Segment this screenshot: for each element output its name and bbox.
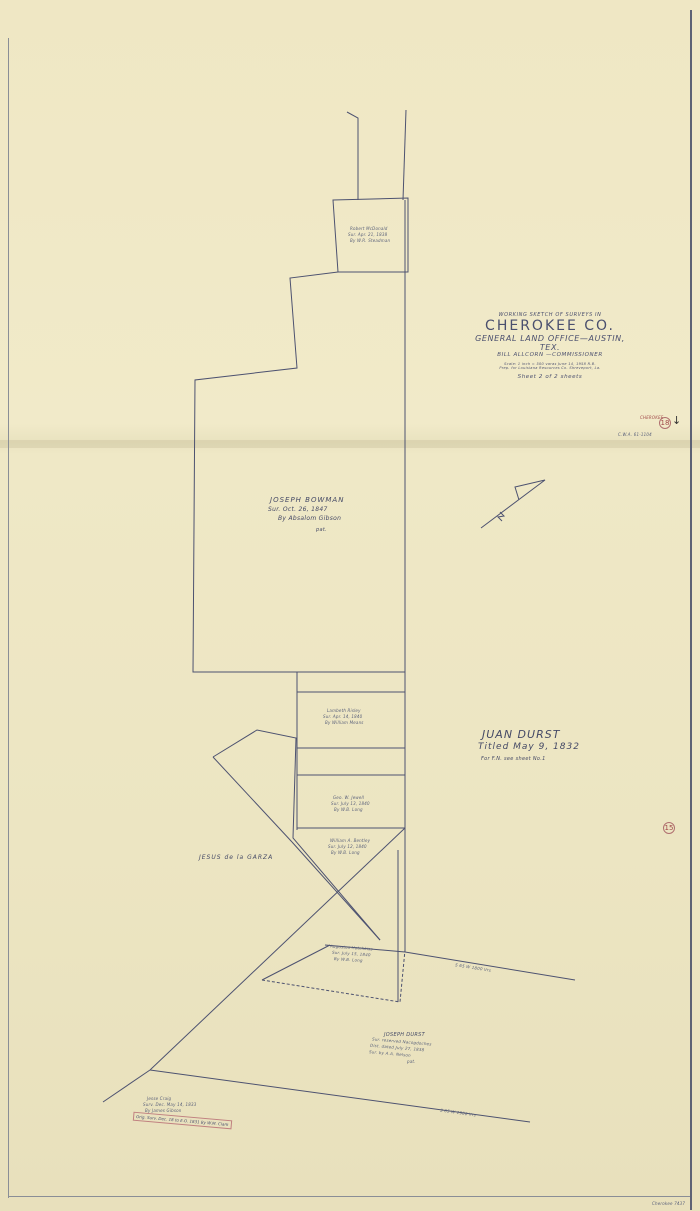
- prep-note: Prep. for Louisiana Resources Co. Shreve…: [470, 366, 630, 370]
- surveyor: By W.B. Long: [334, 807, 363, 812]
- surveyor: By William Means: [325, 720, 364, 725]
- survey-name-mcdonald: Robert McDonald: [350, 226, 388, 231]
- footer-reference: Cherokee 7437: [652, 1201, 685, 1206]
- survey-map-sheet: WORKING SKETCH OF SURVEYS IN CHEROKEE CO…: [0, 0, 700, 1211]
- survey-name-craig: Jesse Craig: [147, 1096, 171, 1101]
- arrow-down-icon: ↓: [672, 414, 682, 427]
- map-title-block: WORKING SKETCH OF SURVEYS IN CHEROKEE CO…: [470, 312, 630, 380]
- survey-title-date: Titled May 9, 1832: [478, 742, 580, 752]
- patent-note: pat.: [407, 1059, 416, 1064]
- survey-boundary-lines: [0, 0, 700, 1211]
- survey-date: Sur. Apr. 14, 1840: [323, 714, 362, 719]
- survey-date: Sur. Apr. 21, 1838: [348, 232, 387, 237]
- office-title: GENERAL LAND OFFICE—AUSTIN, TEX.: [470, 334, 630, 352]
- survey-name-jewell: Geo. W. Jewell: [333, 795, 364, 800]
- surveyor: By W.R. Steadman: [350, 238, 390, 243]
- survey-date: Sur. Oct. 26, 1847: [268, 506, 328, 513]
- patent-note: pat.: [316, 527, 327, 533]
- survey-date: Surv. Dec. May 14, 1833: [143, 1102, 197, 1107]
- commissioner: BILL ALLCORN —COMMISSIONER: [470, 352, 630, 358]
- survey-date: Sur. July 12, 1840: [328, 844, 367, 849]
- surveyor: By W.B. Long: [331, 850, 360, 855]
- field-notes-reference: For F.N. see sheet No.1: [481, 756, 546, 762]
- file-reference: C.W.A. 61-1104: [618, 432, 652, 437]
- survey-name-bentley: William A. Bentley: [330, 838, 370, 843]
- survey-name-jesus-de-la-garza: JESUS de la GARZA: [199, 854, 273, 861]
- survey-name-joseph-bowman: JOSEPH BOWMAN: [270, 496, 344, 504]
- sheet-stamp: 18: [659, 417, 671, 429]
- lower-stamp: 15: [663, 822, 675, 834]
- survey-name-risley: Lambeth Risley: [327, 708, 361, 713]
- sheet-number-text: Sheet 2 of 2 sheets: [470, 374, 630, 380]
- county-title: CHEROKEE CO.: [470, 318, 630, 334]
- survey-date: Sur. July 13, 1840: [331, 801, 370, 806]
- survey-name-juan-durst: JUAN DURST: [482, 728, 560, 741]
- surveyor: By Absalom Gibson: [278, 515, 341, 522]
